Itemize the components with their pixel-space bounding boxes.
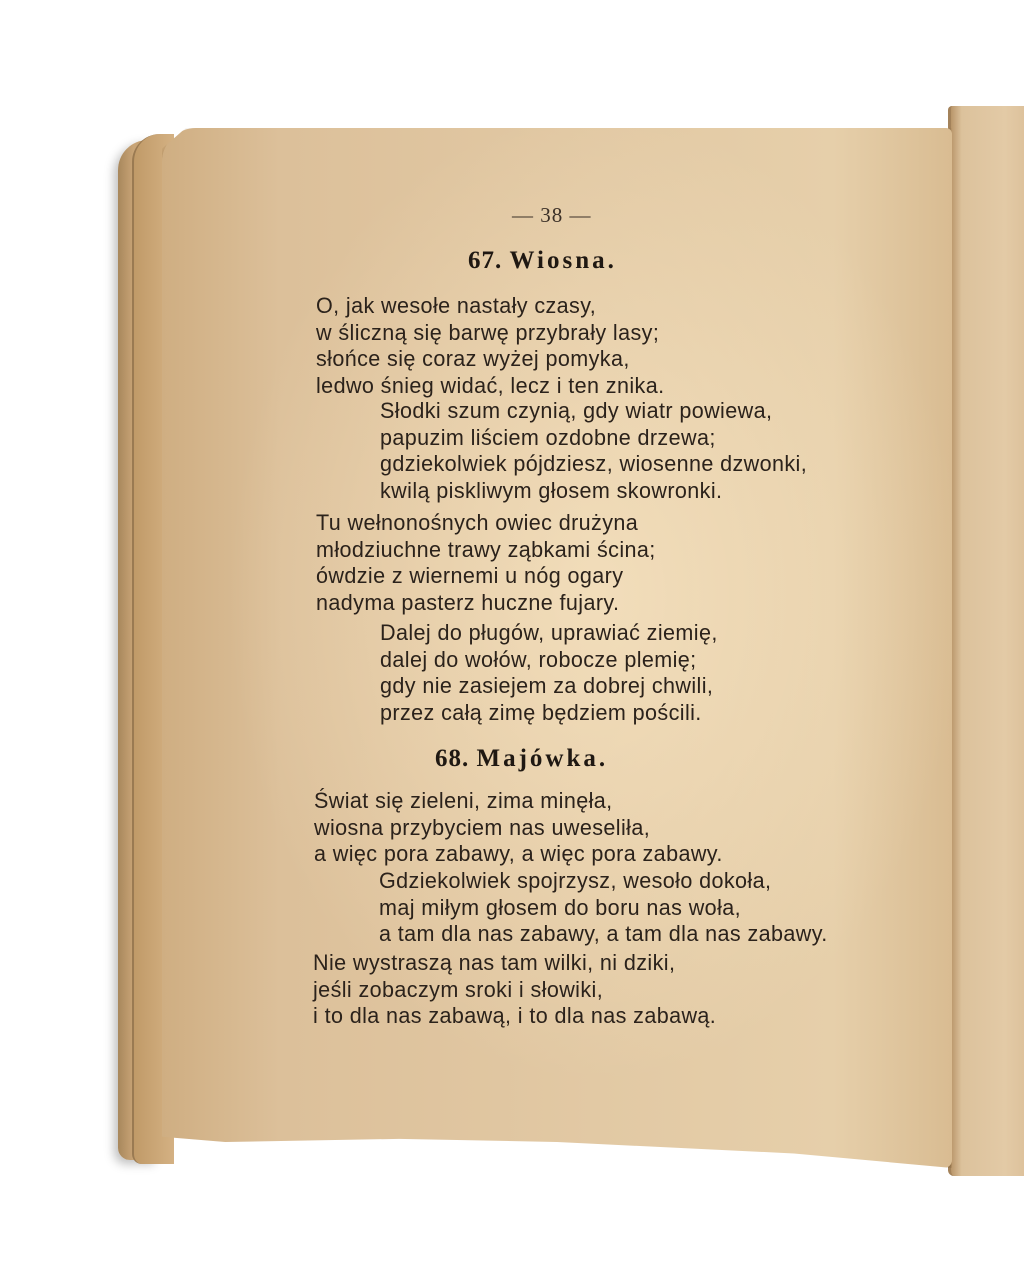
verse-line: gdy nie zasiejem za dobrej chwili,	[380, 673, 718, 700]
verse-line: a tam dla nas zabawy, a tam dla nas zaba…	[379, 921, 828, 948]
page-content: — 38 — 67. Wiosna. O, jak wesołe nastały…	[0, 0, 1024, 1280]
verse-line: słońce się coraz wyżej pomyka,	[316, 346, 664, 373]
verse-line: młodziuchne trawy ząbkami ścina;	[316, 537, 656, 564]
verse-line: papuzim liściem ozdobne drzewa;	[380, 425, 807, 452]
verse-line: Tu wełnonośnych owiec drużyna	[316, 510, 656, 537]
verse-line: wiosna przybyciem nas uweseliła,	[314, 815, 723, 842]
page-number: — 38 —	[512, 203, 592, 228]
stanza: O, jak wesołe nastały czasy, w śliczną s…	[316, 293, 672, 399]
poem-number: 68.	[435, 745, 469, 772]
verse-line: przez całą zimę będziem pościli.	[380, 700, 718, 727]
verse-line: a więc pora zabawy, a więc pora zabawy.	[314, 841, 723, 868]
verse-line: Nie wystraszą nas tam wilki, ni dziki,	[313, 950, 716, 977]
stanza: Nie wystraszą nas tam wilki, ni dziki, j…	[313, 950, 724, 1030]
verse-line: i to dla nas zabawą, i to dla nas zabawą…	[313, 1003, 716, 1030]
stanza: Świat się zieleni, zima minęła, wiosna p…	[314, 788, 731, 868]
stanza: Dalej do pługów, uprawiać ziemię, dalej …	[380, 620, 725, 726]
verse-line: maj miłym głosem do boru nas woła,	[379, 895, 828, 922]
verse-line: Świat się zieleni, zima minęła,	[314, 788, 723, 815]
verse-line: ówdzie z wiernemi u nóg ogary	[316, 563, 656, 590]
poem-title-68: 68. Majówka.	[435, 745, 608, 773]
stanza: Słodki szum czynią, gdy wiatr powiewa, p…	[380, 398, 816, 504]
verse-line: Dalej do pługów, uprawiać ziemię,	[380, 620, 718, 647]
poem-title-text: Majówka.	[477, 745, 609, 772]
verse-line: ledwo śnieg widać, lecz i ten znika.	[316, 373, 664, 400]
poem-title-67: 67. Wiosna.	[468, 247, 617, 275]
verse-line: Gdziekolwiek spojrzysz, wesoło dokoła,	[379, 868, 828, 895]
verse-line: w śliczną się barwę przybrały lasy;	[316, 320, 664, 347]
poem-number: 67.	[468, 247, 502, 274]
verse-line: Słodki szum czynią, gdy wiatr powiewa,	[380, 398, 807, 425]
verse-line: nadyma pasterz huczne fujary.	[316, 590, 656, 617]
open-book: — 38 — 67. Wiosna. O, jak wesołe nastały…	[0, 0, 1024, 1280]
verse-line: dalej do wołów, robocze plemię;	[380, 647, 718, 674]
stanza: Tu wełnonośnych owiec drużyna młodziuchn…	[316, 510, 663, 616]
verse-line: gdziekolwiek pójdziesz, wiosenne dzwonki…	[380, 451, 807, 478]
verse-line: jeśli zobaczym sroki i słowiki,	[313, 977, 716, 1004]
stanza: Gdziekolwiek spojrzysz, wesoło dokoła, m…	[379, 868, 837, 948]
verse-line: kwilą piskliwym głosem skowronki.	[380, 478, 807, 505]
verse-line: O, jak wesołe nastały czasy,	[316, 293, 664, 320]
poem-title-text: Wiosna.	[510, 247, 617, 274]
